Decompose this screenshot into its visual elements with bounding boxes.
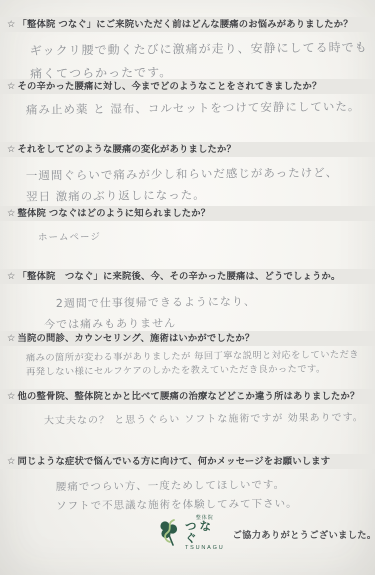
logo-clinic-roman: TSUNAGU bbox=[185, 546, 225, 552]
answer-line: 2週間で仕事復帰できるようになり、 bbox=[56, 291, 256, 314]
answer-5: 2週間で仕事復帰できるようになり、 今では痛みもありません bbox=[56, 291, 256, 335]
answer-line: 痛み止め薬 と 湿布、コルセットをつけて安静にしていた。 bbox=[26, 98, 360, 117]
star-icon: ☆ bbox=[7, 456, 16, 466]
answer-3: 一週間ぐらいで痛みが少し和らいだ感じがあったけど、 翌日 激痛のぶり返しになった… bbox=[26, 162, 339, 207]
question-text: 他の整骨院、整体院とかと比べて腰痛の治療などどこか違う所はありましたか？ bbox=[18, 391, 360, 401]
question-text: 整体院 つなぐはどのように知られましたか？ bbox=[18, 208, 211, 218]
footer: 整体院 つなぐ TSUNAGU ご協力ありがとうございました。 bbox=[158, 514, 373, 554]
question-bar-6: ☆当院の問診、カウンセリング、施術はいかがでしたか？ bbox=[0, 331, 375, 346]
question-text: 「整体院 つなぐ」にご来院いただく前はどんな腰痛のお悩みがありましたか？ bbox=[18, 19, 353, 29]
question-bar-8: ☆同じような症状で悩んでいる方に向けて、何かメッセージをお願いします bbox=[0, 454, 375, 469]
answer-8: 腰痛でつらい方、一度ためしてほしいです。 ソフトで不思議な施術を体験してみて下さ… bbox=[56, 476, 298, 517]
question-bar-2: ☆その辛かった腰痛に対し、今までどのようなことをされてきましたか？ bbox=[0, 79, 375, 94]
question-bar-1: ☆「整体院 つなぐ」にご来院いただく前はどんな腰痛のお悩みがありましたか？ bbox=[0, 17, 375, 32]
answer-6: 痛みの箇所が変わる事がありましたが 毎回丁寧な説明と対応をしていただき 再発しな… bbox=[26, 348, 359, 379]
star-icon: ☆ bbox=[7, 391, 16, 401]
question-text: 「整体院 つなぐ」に来院後、今、その辛かった腰痛は、どうでしょうか。 bbox=[18, 271, 341, 281]
answer-line: 腰痛でつらい方、一度ためしてほしいです。 bbox=[56, 476, 298, 498]
question-text: 同じような症状で悩んでいる方に向けて、何かメッセージをお願いします bbox=[18, 456, 331, 466]
question-text: それをしてどのような腰痛の変化がありましたか？ bbox=[18, 144, 236, 154]
questionnaire-sheet: ☆「整体院 つなぐ」にご来院いただく前はどんな腰痛のお悩みがありましたか？ ギッ… bbox=[0, 0, 375, 575]
thanks-message: ご協力ありがとうございました。 bbox=[233, 527, 375, 541]
answer-2: 痛み止め薬 と 湿布、コルセットをつけて安静にしていた。 bbox=[26, 98, 360, 117]
star-icon: ☆ bbox=[7, 81, 16, 91]
tsunagu-logo-text: 整体院 つなぐ TSUNAGU bbox=[185, 516, 225, 552]
answer-line: ホームページ bbox=[38, 229, 101, 244]
star-icon: ☆ bbox=[7, 144, 16, 154]
star-icon: ☆ bbox=[7, 19, 16, 29]
question-text: その辛かった腰痛に対し、今までどのようなことをされてきましたか？ bbox=[18, 81, 322, 91]
logo-clinic-name: つなぐ bbox=[185, 522, 225, 545]
answer-7: 大丈夫なの？ と思うぐらい ソフトな施術ですが 効果ありです。 bbox=[44, 408, 364, 426]
question-bar-7: ☆他の整骨院、整体院とかと比べて腰痛の治療などどこか違う所はありましたか？ bbox=[0, 389, 375, 404]
star-icon: ☆ bbox=[7, 333, 16, 343]
answer-line: 大丈夫なの？ と思うぐらい ソフトな施術ですが 効果ありです。 bbox=[44, 408, 364, 426]
question-text: 当院の問診、カウンセリング、施術はいかがでしたか？ bbox=[18, 333, 255, 343]
tsunagu-leaf-logo-icon bbox=[158, 518, 182, 551]
question-bar-3: ☆それをしてどのような腰痛の変化がありましたか？ bbox=[0, 142, 375, 157]
answer-line: 翌日 激痛のぶり返しになった。 bbox=[26, 183, 339, 207]
answer-line: 再発しない様にセルフケアのしかたを教えていただき良かったです。 bbox=[26, 362, 359, 379]
star-icon: ☆ bbox=[7, 271, 16, 281]
star-icon: ☆ bbox=[7, 208, 16, 218]
question-bar-5: ☆「整体院 つなぐ」に来院後、今、その辛かった腰痛は、どうでしょうか。 bbox=[0, 269, 375, 284]
question-bar-4: ☆整体院 つなぐはどのように知られましたか？ bbox=[0, 206, 375, 221]
answer-4: ホームページ bbox=[38, 229, 101, 244]
